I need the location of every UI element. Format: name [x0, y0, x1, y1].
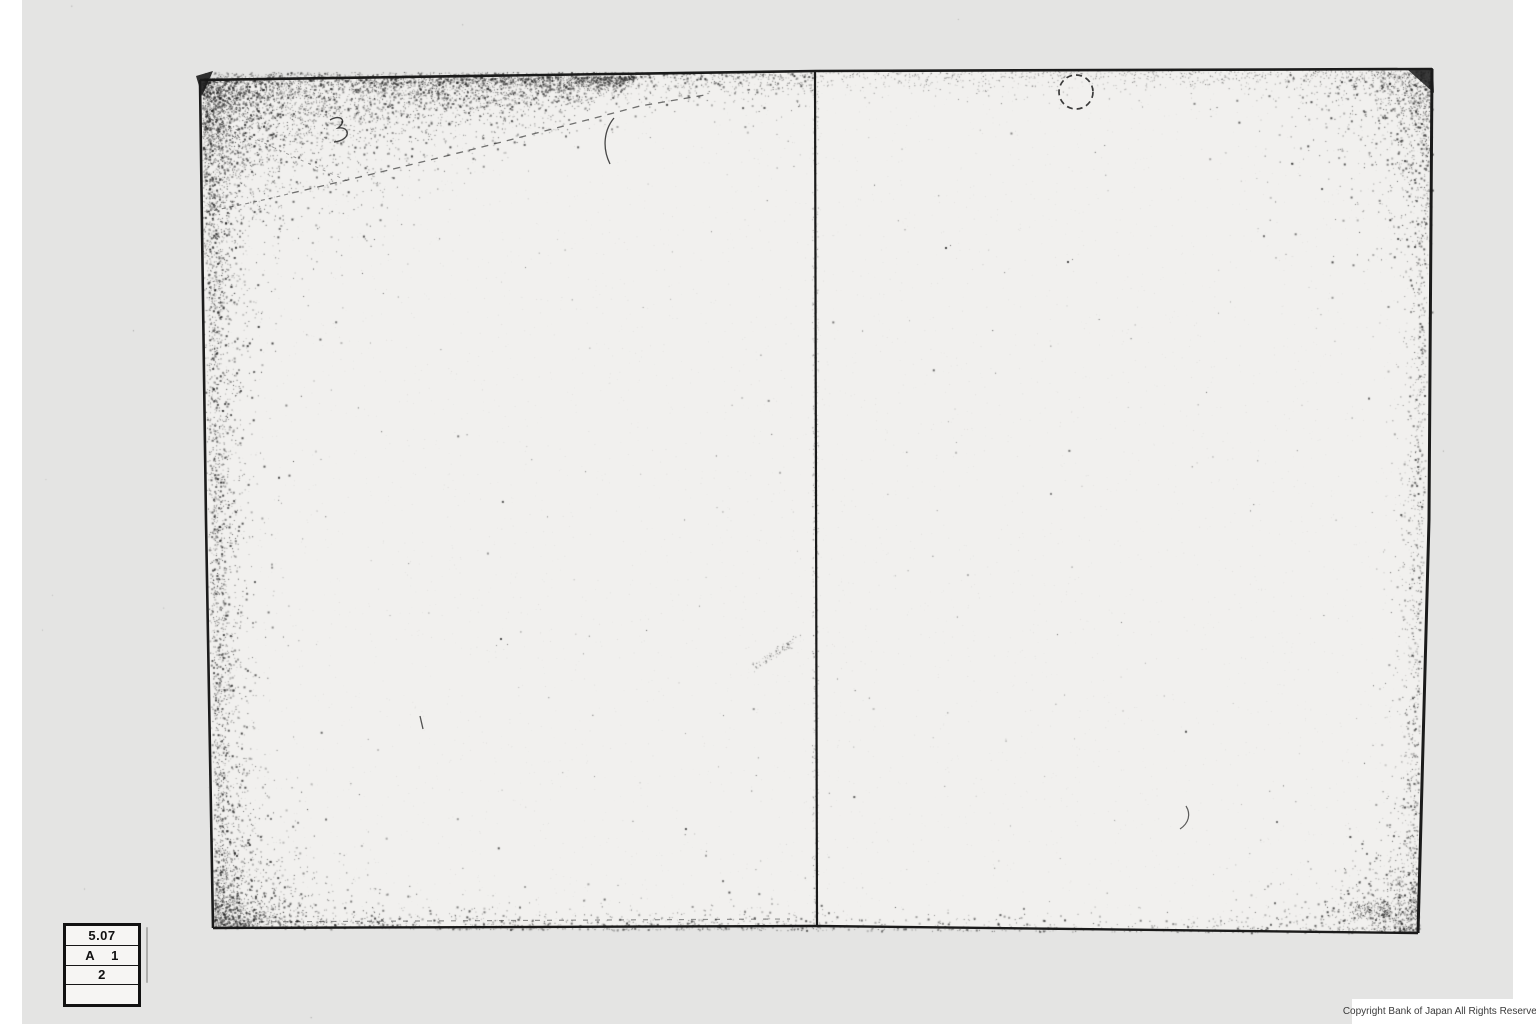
label-code-text: 5.07 [88, 928, 115, 943]
label-row-volume: 2 [66, 966, 138, 986]
label-volume-number: 2 [98, 967, 106, 982]
label-row-empty [66, 985, 138, 1004]
scan-noise-texture [0, 0, 1536, 1024]
scanned-document-stage: 5.07 A 1 2 Copyright Bank of Japan All R… [0, 0, 1536, 1024]
copyright-notice: Copyright Bank of Japan All Rights Reser… [1352, 999, 1536, 1024]
label-row-code: 5.07 [66, 926, 138, 946]
label-row-series: A 1 [66, 946, 138, 966]
label-series-letter: A [85, 948, 95, 963]
copyright-text: Copyright Bank of Japan All Rights Reser… [1343, 1006, 1536, 1017]
label-series-number: 1 [111, 948, 119, 963]
label-side-mark [146, 927, 148, 983]
archive-label-box: 5.07 A 1 2 [63, 923, 141, 1007]
